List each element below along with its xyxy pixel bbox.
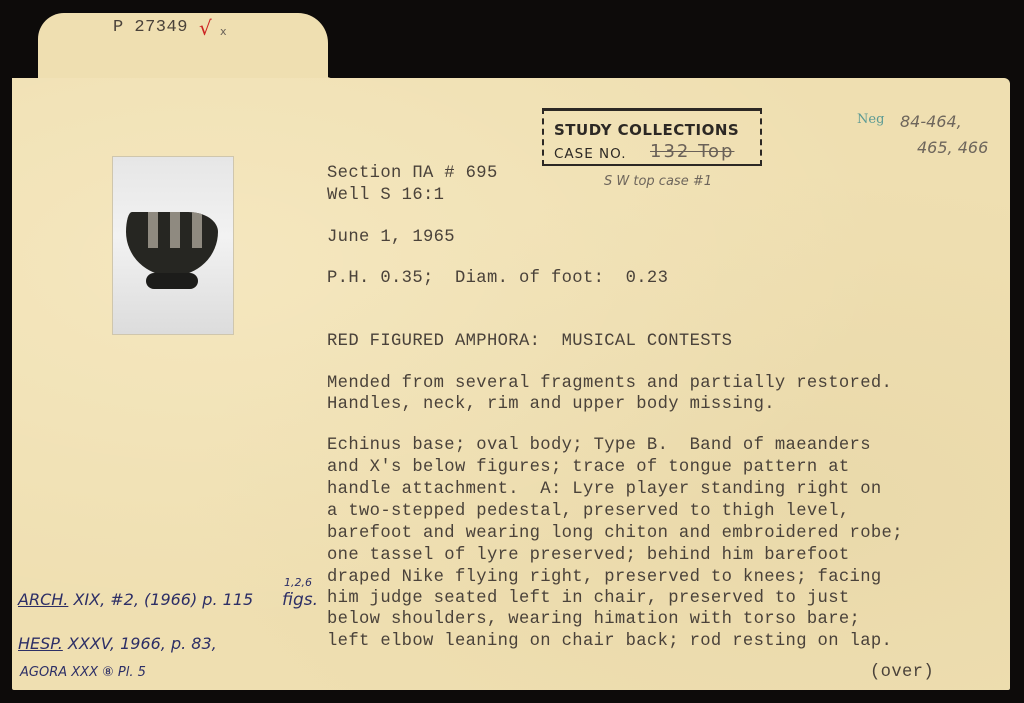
reference-figs-numbers: 1,2,6 (284, 576, 312, 589)
description-line: barefoot and wearing long chiton and emb… (327, 523, 903, 545)
stamp-case-number-struck: 132 Top (650, 141, 734, 162)
amphora-foot-image (146, 273, 198, 289)
description-line: and X's below figures; trace of tongue p… (327, 457, 850, 479)
reference-journal: AGORA (20, 665, 67, 680)
description-line: left elbow leaning on chair back; rod re… (327, 631, 892, 653)
description-line: Echinus base; oval body; Type B. Band of… (327, 435, 871, 457)
description-line: one tassel of lyre preserved; behind him… (327, 545, 850, 567)
catalog-number: P 27349 (113, 18, 188, 37)
red-check-mark-icon: √ (199, 16, 212, 40)
well-line: Well S 16:1 (327, 185, 444, 207)
reference-agora: AGORA XXX ⑧ Pl. 5 (20, 665, 146, 680)
condition-line: Handles, neck, rim and upper body missin… (327, 394, 775, 416)
description-line: him judge seated left in chair, preserve… (327, 588, 850, 610)
reference-citation: XIX, #2, (1966) p. 115 (68, 590, 253, 609)
object-title: RED FIGURED AMPHORA: MUSICAL CONTESTS (327, 331, 732, 353)
negative-label: Neg (857, 112, 884, 127)
description-line: draped Nike flying right, preserved to k… (327, 567, 882, 589)
object-photo (112, 156, 234, 335)
case-location-note: S W top case #1 (604, 174, 712, 189)
excavation-date: June 1, 1965 (327, 227, 455, 249)
catalog-card: STUDY COLLECTIONS CASE NO. 132 Top S W t… (12, 78, 1010, 690)
negative-numbers-line1: 84-464, (900, 112, 962, 131)
reference-journal: ARCH. (18, 590, 68, 609)
description-line: a two-stepped pedestal, preserved to thi… (327, 501, 850, 523)
dimensions: P.H. 0.35; Diam. of foot: 0.23 (327, 268, 668, 290)
check-x-mark: x (220, 25, 227, 38)
condition-line: Mended from several fragments and partia… (327, 373, 892, 395)
stamp-case-label: CASE NO. (554, 146, 627, 162)
reference-journal: HESP. (18, 634, 63, 653)
over-note: (over) (870, 662, 934, 684)
negative-numbers-line2: 465, 466 (917, 138, 988, 157)
reference-citation: XXXV, 1966, p. 83, (63, 634, 217, 653)
reference-hesp: HESP. XXXV, 1966, p. 83, (18, 634, 217, 653)
description-line: below shoulders, wearing himation with t… (327, 609, 860, 631)
stamp-title: STUDY COLLECTIONS (554, 121, 739, 139)
section-line: Section ΠA # 695 (327, 163, 498, 185)
amphora-body-image (126, 212, 218, 276)
description-line: handle attachment. A: Lyre player standi… (327, 479, 882, 501)
reference-citation: XXX ⑧ Pl. 5 (67, 665, 146, 680)
reference-arch: ARCH. XIX, #2, (1966) p. 115 (18, 590, 253, 609)
study-collections-stamp: STUDY COLLECTIONS CASE NO. 132 Top (542, 108, 762, 166)
reference-figs: figs. (282, 590, 318, 610)
